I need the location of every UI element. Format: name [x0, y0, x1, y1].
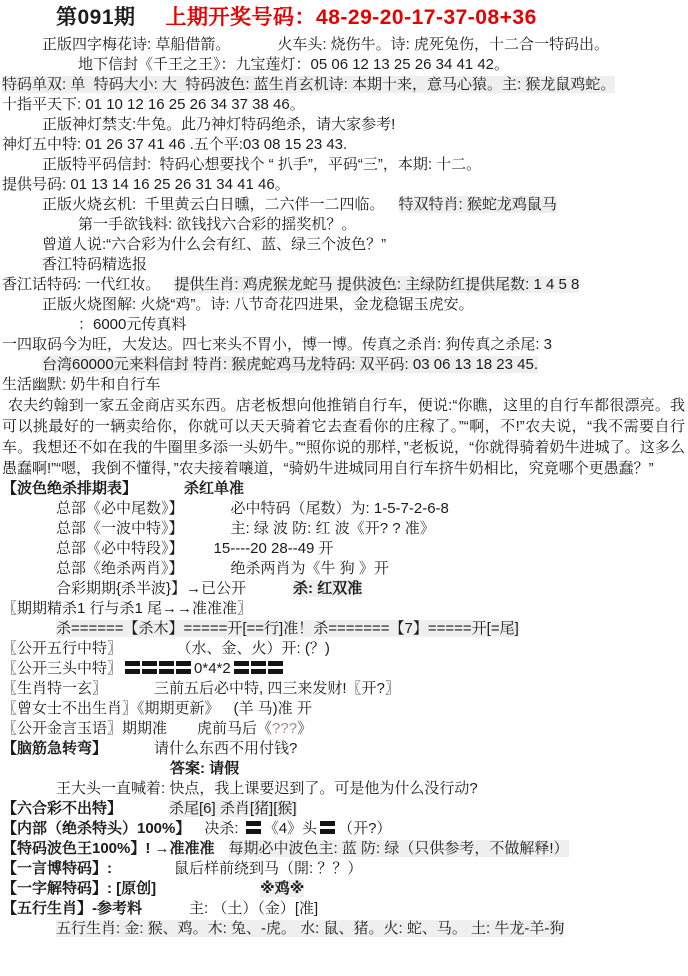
text-segment: 香江特码精选报 [42, 256, 147, 273]
text-line: ：6000元传真料 [0, 315, 688, 335]
text-segment: 特双特肖: 猴蛇龙鸡鼠马 [399, 196, 557, 213]
text-segment: 生活幽默: 奶牛和自行车 [2, 376, 160, 393]
text-line: 正版神灯禁支:牛兔。此乃神灯特码绝杀，请大家参考! [0, 115, 688, 135]
text-segment: 【波色绝杀排期表】 [2, 480, 137, 497]
text-line: 【脑筋急转弯】请什么东西不用付钱? [0, 739, 688, 759]
text-segment: 0*4*2 [194, 660, 231, 677]
bar-cell-icon [159, 661, 174, 674]
text-segment: 【脑筋急转弯】 [2, 740, 107, 757]
text-segment: ??? [272, 720, 297, 737]
text-segment: 曾道人说:“六合彩为什么会有红、蓝、绿三个波色？” [42, 236, 386, 253]
text-segment: 【六合彩不出特】 [2, 800, 122, 817]
black-bars-icon [234, 661, 283, 674]
text-line: 生活幽默: 奶牛和自行车 [0, 375, 688, 395]
text-segment: 每期必中波色主: 蓝 防: 绿（只供参考，不做解释!） [229, 840, 569, 857]
text-line: 五行生肖: 金: 猴、鸡。木: 兔、-虎。 水: 鼠、猪。火: 蛇、马。 土: … [0, 919, 688, 939]
text-line: 特码单双: 单 特码大小: 大 特码波色: 蓝生肖玄机诗: 本期十来，意马心猿。… [0, 75, 688, 95]
text-segment: 决杀: [204, 820, 242, 837]
text-line: 杀======【杀木】=====开[==行]准！杀=======【7】=====… [0, 619, 688, 639]
text-line: 总部《必中特段》】15----20 28--49 开 [0, 539, 688, 559]
text-line: 香江特码精选报 [0, 255, 688, 275]
text-segment: 总部《一波中特》】 [56, 520, 184, 537]
text-line: 【波色绝杀排期表】杀红单准 [0, 479, 688, 499]
text-line: 农夫约翰到一家五金商店买东西。店老板想向他推销自行车，便说:“你瞧，这里的自行车… [0, 395, 688, 479]
black-bars-icon [320, 821, 335, 834]
black-bars-icon [246, 821, 261, 834]
text-segment: 〖公开五行中特〗 [2, 640, 122, 657]
text-line: 〖期期精杀1 行与杀1 尾→→准准准〗 [0, 599, 688, 619]
text-segment: 【内部（绝杀特头）100%】 [2, 820, 190, 837]
bar-cell-icon [176, 661, 191, 674]
text-segment: 香江话特码: 一代红妆。 [2, 276, 160, 293]
text-line: 第091期上期开奖号码：48-29-20-17-37-08+36 [0, 3, 688, 35]
text-segment: 》 [297, 720, 312, 737]
text-segment: 【一字解特码】: [原创] [2, 880, 156, 897]
bar-cell-icon [125, 661, 140, 674]
text-segment: 杀尾[6] 杀肖[猪][猴] [169, 800, 297, 817]
text-line: 【一字解特码】: [原创]※鸡※ [0, 879, 688, 899]
text-line: 【一言博特码】:鼠后样前绕到马（開: ？？） [0, 859, 688, 879]
text-line: 第一手欲钱料: 欲钱找六合彩的摇奖机？。 [0, 215, 688, 235]
text-segment: 合彩期期{杀半波}】→已公开 [56, 580, 246, 597]
text-line: 香江话特码: 一代红妆。提供生肖: 鸡虎猴龙蛇马 提供波色: 主绿防红提供尾数:… [0, 275, 688, 295]
text-line: 〖公开五行中特〗（水、金、火）开: (？) [0, 639, 688, 659]
text-segment: 〖生肖特一玄〗 [2, 680, 107, 697]
text-segment: 必中特码（尾数）为: 1-5-7-2-6-8 [231, 500, 449, 517]
text-segment: （开?） [338, 820, 391, 837]
text-line: 神灯五中特: 01 26 37 41 46 .五个平:03 08 15 23 4… [0, 135, 688, 155]
text-line: 〖公开三头中特〗0*4*2 [0, 659, 688, 679]
text-segment: 杀: 红双准 [293, 580, 362, 597]
text-segment: 王大头一直喊着: 快点，我上课要迟到了。可是他为什么没行动? [56, 780, 478, 797]
text-segment: 正版四字梅花诗: 草船借箭。 [42, 36, 230, 53]
text-line: 【六合彩不出特】杀尾[6] 杀肖[猪][猴] [0, 799, 688, 819]
bar-cell-icon [268, 661, 283, 674]
text-segment: ※鸡※ [260, 880, 304, 897]
text-segment: 提供号码: 01 13 14 16 25 26 31 34 41 46。 [2, 176, 290, 193]
text-segment: 【特码波色王100%】! →准准准 [2, 840, 215, 857]
text-line: 正版四字梅花诗: 草船借箭。火车头: 烧伤牛。诗: 虎死兔伤，十二合一特码出。 [0, 35, 688, 55]
text-line: 正版火烧图解: 火烧“鸡”。诗: 八节奇花四进果，金龙稳锯玉虎安。 [0, 295, 688, 315]
text-line: 曾道人说:“六合彩为什么会有红、蓝、绿三个波色？” [0, 235, 688, 255]
text-segment: 神灯五中特: 01 26 37 41 46 .五个平:03 08 15 23 4… [2, 136, 347, 153]
text-segment: 火车头: 烧伤牛。诗: 虎死兔伤，十二合一特码出。 [277, 36, 609, 53]
humor-story: 农夫约翰到一家五金商店买东西。店老板想向他推销自行车，便说:“你瞧，这里的自行车… [2, 397, 685, 477]
text-segment: 正版火烧玄机: 千里黄云白日曛，二六伴一二四临。 [42, 196, 385, 213]
bar-cell-icon [251, 661, 266, 674]
text-line: 答案: 请假 [0, 759, 688, 779]
bar-cell-icon [234, 661, 249, 674]
text-line: 〖公开金言玉语〗期期准虎前马后《???》 [0, 719, 688, 739]
text-segment: 地下信封《千王之王》：九宝莲灯：05 06 12 13 25 26 34 41 … [78, 56, 509, 73]
bar-cell-icon [320, 821, 335, 834]
text-segment: (羊 马)准 开 [234, 700, 312, 717]
black-bars-icon [125, 661, 191, 674]
text-segment: 三前五后必中特, 四三来发财!〖开?〗 [154, 680, 400, 697]
text-segment: 虎前马后《 [197, 720, 272, 737]
text-segment: 台湾60000元来料信封 特肖: 猴虎蛇鸡马龙特码: 双平码: 03 06 13… [42, 356, 538, 373]
bar-cell-icon [142, 661, 157, 674]
text-segment: 正版火烧图解: 火烧“鸡”。诗: 八节奇花四进果，金龙稳锯玉虎安。 [42, 296, 474, 313]
text-segment: ：6000元传真料 [78, 316, 186, 333]
text-line: 正版特平码信封: 特码心想要找个 “ 扒手”，平码“三”，本期: 十二。 [0, 155, 688, 175]
text-line: 〖曾女士不出生肖〗《期期更新》(羊 马)准 开 [0, 699, 688, 719]
text-line: 【特码波色王100%】! →准准准每期必中波色主: 蓝 防: 绿（只供参考，不做… [0, 839, 688, 859]
text-line: 总部《必中尾数》】必中特码（尾数）为: 1-5-7-2-6-8 [0, 499, 688, 519]
text-line: 十指平天下: 01 10 12 16 25 26 34 37 38 46。 [0, 95, 688, 115]
text-segment: 总部《绝杀两肖》】 [56, 560, 184, 577]
text-segment: 总部《必中特段》】 [56, 540, 184, 557]
text-segment: 请什么东西不用付钱? [154, 740, 297, 757]
last-draw-numbers: 上期开奖号码：48-29-20-17-37-08+36 [166, 6, 537, 29]
text-line: 〖生肖特一玄〗三前五后必中特, 四三来发财!〖开?〗 [0, 679, 688, 699]
bar-cell-icon [246, 821, 261, 834]
text-segment: 十指平天下: 01 10 12 16 25 26 34 37 38 46。 [2, 96, 305, 113]
text-segment: 〖公开三头中特〗 [2, 660, 122, 677]
text-line: 【五行生肖】-参考料主: （土）（金）[准] [0, 899, 688, 919]
text-line: 正版火烧玄机: 千里黄云白日曛，二六伴一二四临。特双特肖: 猴蛇龙鸡鼠马 [0, 195, 688, 215]
text-line: 总部《绝杀两肖》】绝杀两肖为《牛 狗 》开 [0, 559, 688, 579]
text-line: 台湾60000元来料信封 特肖: 猴虎蛇鸡马龙特码: 双平码: 03 06 13… [0, 355, 688, 375]
text-segment: 答案: 请假 [170, 760, 239, 777]
text-segment: 特码单双: 单 特码大小: 大 特码波色: 蓝生肖玄机诗: 本期十来，意马心猿。… [2, 76, 615, 93]
text-segment: 主: （土）（金）[准] [189, 900, 318, 917]
text-line: 一四取码今为旺，大发达。四七来头不胃小，博一博。传真之杀肖: 狗传真之杀尾: 3 [0, 335, 688, 355]
text-line: 合彩期期{杀半波}】→已公开杀: 红双准 [0, 579, 688, 599]
text-segment: 杀红单准 [184, 480, 244, 497]
issue-number: 第091期 [56, 6, 136, 29]
text-segment: 〖曾女士不出生肖〗《期期更新》 [2, 700, 220, 717]
text-segment: 正版神灯禁支:牛兔。此乃神灯特码绝杀，请大家参考! [42, 116, 395, 133]
text-line: 总部《一波中特》】主: 绿 波 防: 红 波《开? ? 准》 [0, 519, 688, 539]
text-segment: 绝杀两肖为《牛 狗 》开 [231, 560, 389, 577]
text-segment: 【一言博特码】: [2, 860, 112, 877]
text-line: 【内部（绝杀特头）100%】决杀: 《4》头（开?） [0, 819, 688, 839]
text-segment: 〖期期精杀1 行与杀1 尾→→准准准〗 [2, 600, 252, 617]
text-segment: 【五行生肖】-参考料 [2, 900, 142, 917]
text-lines-container: 第091期上期开奖号码：48-29-20-17-37-08+36正版四字梅花诗:… [0, 3, 688, 939]
text-segment: 五行生肖: 金: 猴、鸡。木: 兔、-虎。 水: 鼠、猪。火: 蛇、马。 土: … [56, 920, 564, 937]
text-segment: 〖公开金言玉语〗期期准 [2, 720, 167, 737]
text-segment: 正版特平码信封: 特码心想要找个 “ 扒手”，平码“三”，本期: 十二。 [42, 156, 481, 173]
text-line: 王大头一直喊着: 快点，我上课要迟到了。可是他为什么没行动? [0, 779, 688, 799]
text-segment: 15----20 28--49 开 [214, 540, 334, 557]
text-segment: 第一手欲钱料: 欲钱找六合彩的摇奖机？。 [78, 216, 356, 233]
text-segment: 杀======【杀木】=====开[==行]准！杀=======【7】=====… [56, 620, 519, 637]
text-segment: 鼠后样前绕到马（開: ？？） [174, 860, 362, 877]
text-segment: （水、金、火）开: (？) [184, 640, 330, 657]
text-segment: 主: 绿 波 防: 红 波《开? ? 准》 [231, 520, 435, 537]
text-segment: 一四取码今为旺，大发达。四七来头不胃小，博一博。传真之杀肖: 狗传真之杀尾: 3 [2, 336, 552, 353]
text-line: 地下信封《千王之王》：九宝莲灯：05 06 12 13 25 26 34 41 … [0, 55, 688, 75]
text-segment: 总部《必中尾数》】 [56, 500, 184, 517]
text-segment: 提供生肖: 鸡虎猴龙蛇马 提供波色: 主绿防红提供尾数: 1 4 5 8 [174, 276, 579, 293]
lottery-tip-sheet: 第091期上期开奖号码：48-29-20-17-37-08+36正版四字梅花诗:… [0, 0, 688, 939]
text-segment: 《4》头 [264, 820, 317, 837]
text-line: 提供号码: 01 13 14 16 25 26 31 34 41 46。 [0, 175, 688, 195]
